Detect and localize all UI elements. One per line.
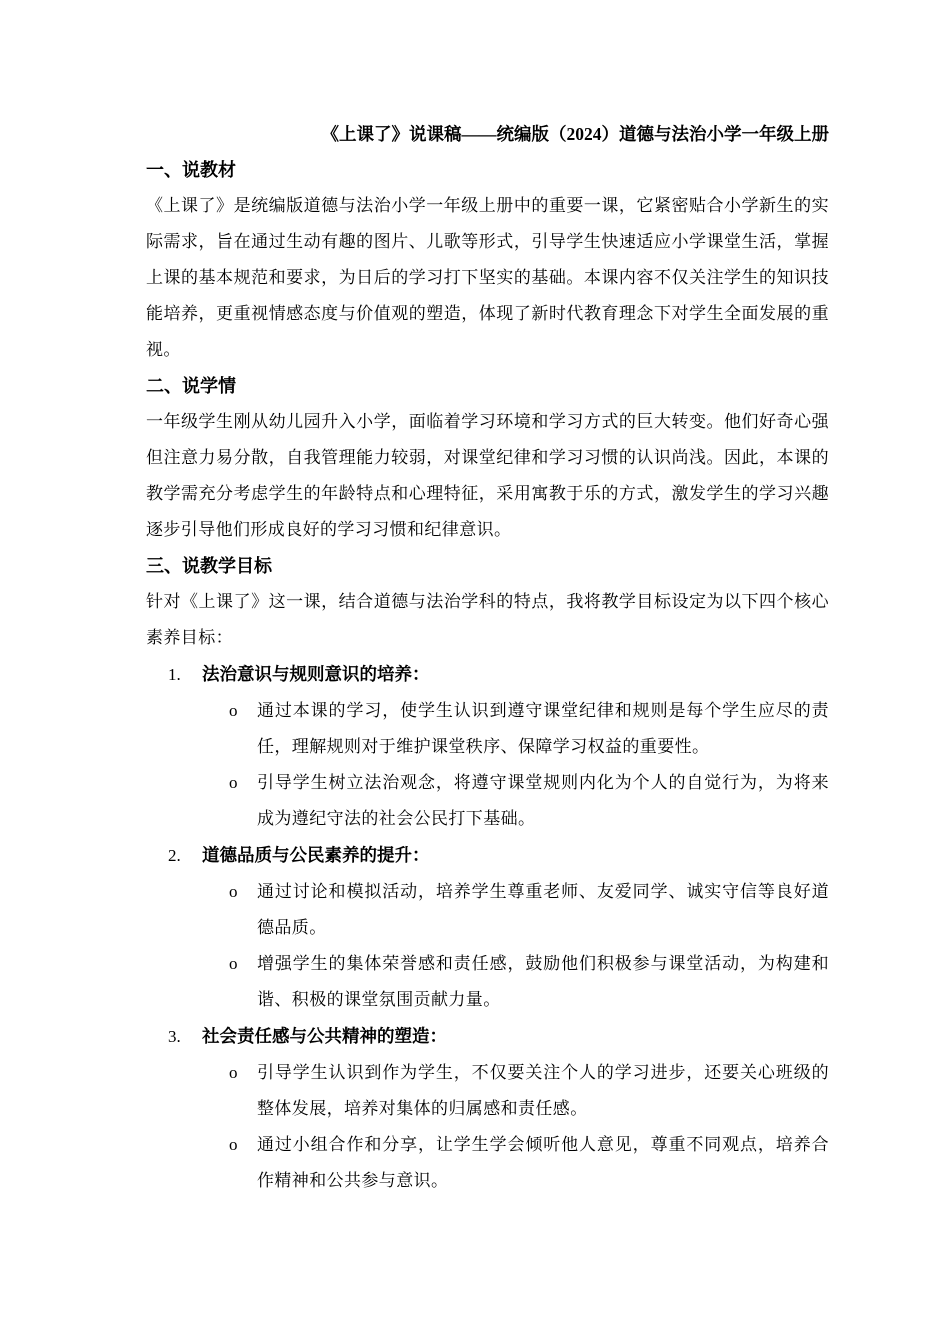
goal-bullet: o 通过本课的学习，使学生认识到遵守课堂纪律和规则是每个学生应尽的责任，理解规则… [146, 693, 829, 765]
bullet-text: 通过讨论和模拟活动，培养学生尊重老师、友爱同学、诚实守信等良好道德品质。 [257, 874, 829, 946]
goal-heading: 2.道德品质与公民素养的提升： [146, 837, 829, 874]
section-heading-objectives: 三、说教学目标 [146, 548, 829, 584]
goal-title: 法治意识与规则意识的培养： [202, 664, 430, 684]
goal-title: 社会责任感与公共精神的塑造： [202, 1026, 447, 1046]
goal-bullet: o 增强学生的集体荣誉感和责任感，鼓励他们积极参与课堂活动，为构建和谐、积极的课… [146, 946, 829, 1018]
goal-heading: 1.法治意识与规则意识的培养： [146, 656, 829, 693]
bullet-text: 通过本课的学习，使学生认识到遵守课堂纪律和规则是每个学生应尽的责任，理解规则对于… [257, 693, 829, 765]
document-page: 《上课了》说课稿——统编版（2024）道德与法治小学一年级上册 一、说教材 《上… [146, 116, 829, 1199]
bullet-marker: o [229, 1127, 257, 1199]
bullet-text: 增强学生的集体荣誉感和责任感，鼓励他们积极参与课堂活动，为构建和谐、积极的课堂氛… [257, 946, 829, 1018]
section-heading-textbook: 一、说教材 [146, 152, 829, 188]
goal-bullet: o 引导学生树立法治观念，将遵守课堂规则内化为个人的自觉行为，为将来成为遵纪守法… [146, 765, 829, 837]
bullet-marker: o [229, 874, 257, 946]
goal-bullet: o 通过讨论和模拟活动，培养学生尊重老师、友爱同学、诚实守信等良好道德品质。 [146, 874, 829, 946]
bullet-text: 通过小组合作和分享，让学生学会倾听他人意见，尊重不同观点，培养合作精神和公共参与… [257, 1127, 829, 1199]
goal-item-3: 3.社会责任感与公共精神的塑造： o 引导学生认识到作为学生，不仅要关注个人的学… [146, 1018, 829, 1199]
goal-bullet: o 引导学生认识到作为学生，不仅要关注个人的学习进步，还要关心班级的整体发展，培… [146, 1055, 829, 1127]
bullet-text: 引导学生认识到作为学生，不仅要关注个人的学习进步，还要关心班级的整体发展，培养对… [257, 1055, 829, 1127]
goal-heading: 3.社会责任感与公共精神的塑造： [146, 1018, 829, 1055]
goal-item-1: 1.法治意识与规则意识的培养： o 通过本课的学习，使学生认识到遵守课堂纪律和规… [146, 656, 829, 837]
bullet-marker: o [229, 1055, 257, 1127]
bullet-marker: o [229, 765, 257, 837]
goals-list: 1.法治意识与规则意识的培养： o 通过本课的学习，使学生认识到遵守课堂纪律和规… [146, 656, 829, 1199]
goal-number: 3. [168, 1019, 202, 1055]
bullet-text: 引导学生树立法治观念，将遵守课堂规则内化为个人的自觉行为，为将来成为遵纪守法的社… [257, 765, 829, 837]
goal-number: 1. [168, 657, 202, 693]
goal-number: 2. [168, 838, 202, 874]
paragraph-learners: 一年级学生刚从幼儿园升入小学，面临着学习环境和学习方式的巨大转变。他们好奇心强但… [146, 404, 829, 548]
goal-bullet: o 通过小组合作和分享，让学生学会倾听他人意见，尊重不同观点，培养合作精神和公共… [146, 1127, 829, 1199]
goal-item-2: 2.道德品质与公民素养的提升： o 通过讨论和模拟活动，培养学生尊重老师、友爱同… [146, 837, 829, 1018]
bullet-marker: o [229, 693, 257, 765]
paragraph-textbook: 《上课了》是统编版道德与法治小学一年级上册中的重要一课，它紧密贴合小学新生的实际… [146, 188, 829, 368]
paragraph-objectives: 针对《上课了》这一课，结合道德与法治学科的特点，我将教学目标设定为以下四个核心素… [146, 584, 829, 656]
section-heading-learners: 二、说学情 [146, 368, 829, 404]
bullet-marker: o [229, 946, 257, 1018]
goal-title: 道德品质与公民素养的提升： [202, 845, 430, 865]
document-title: 《上课了》说课稿——统编版（2024）道德与法治小学一年级上册 [146, 116, 829, 152]
